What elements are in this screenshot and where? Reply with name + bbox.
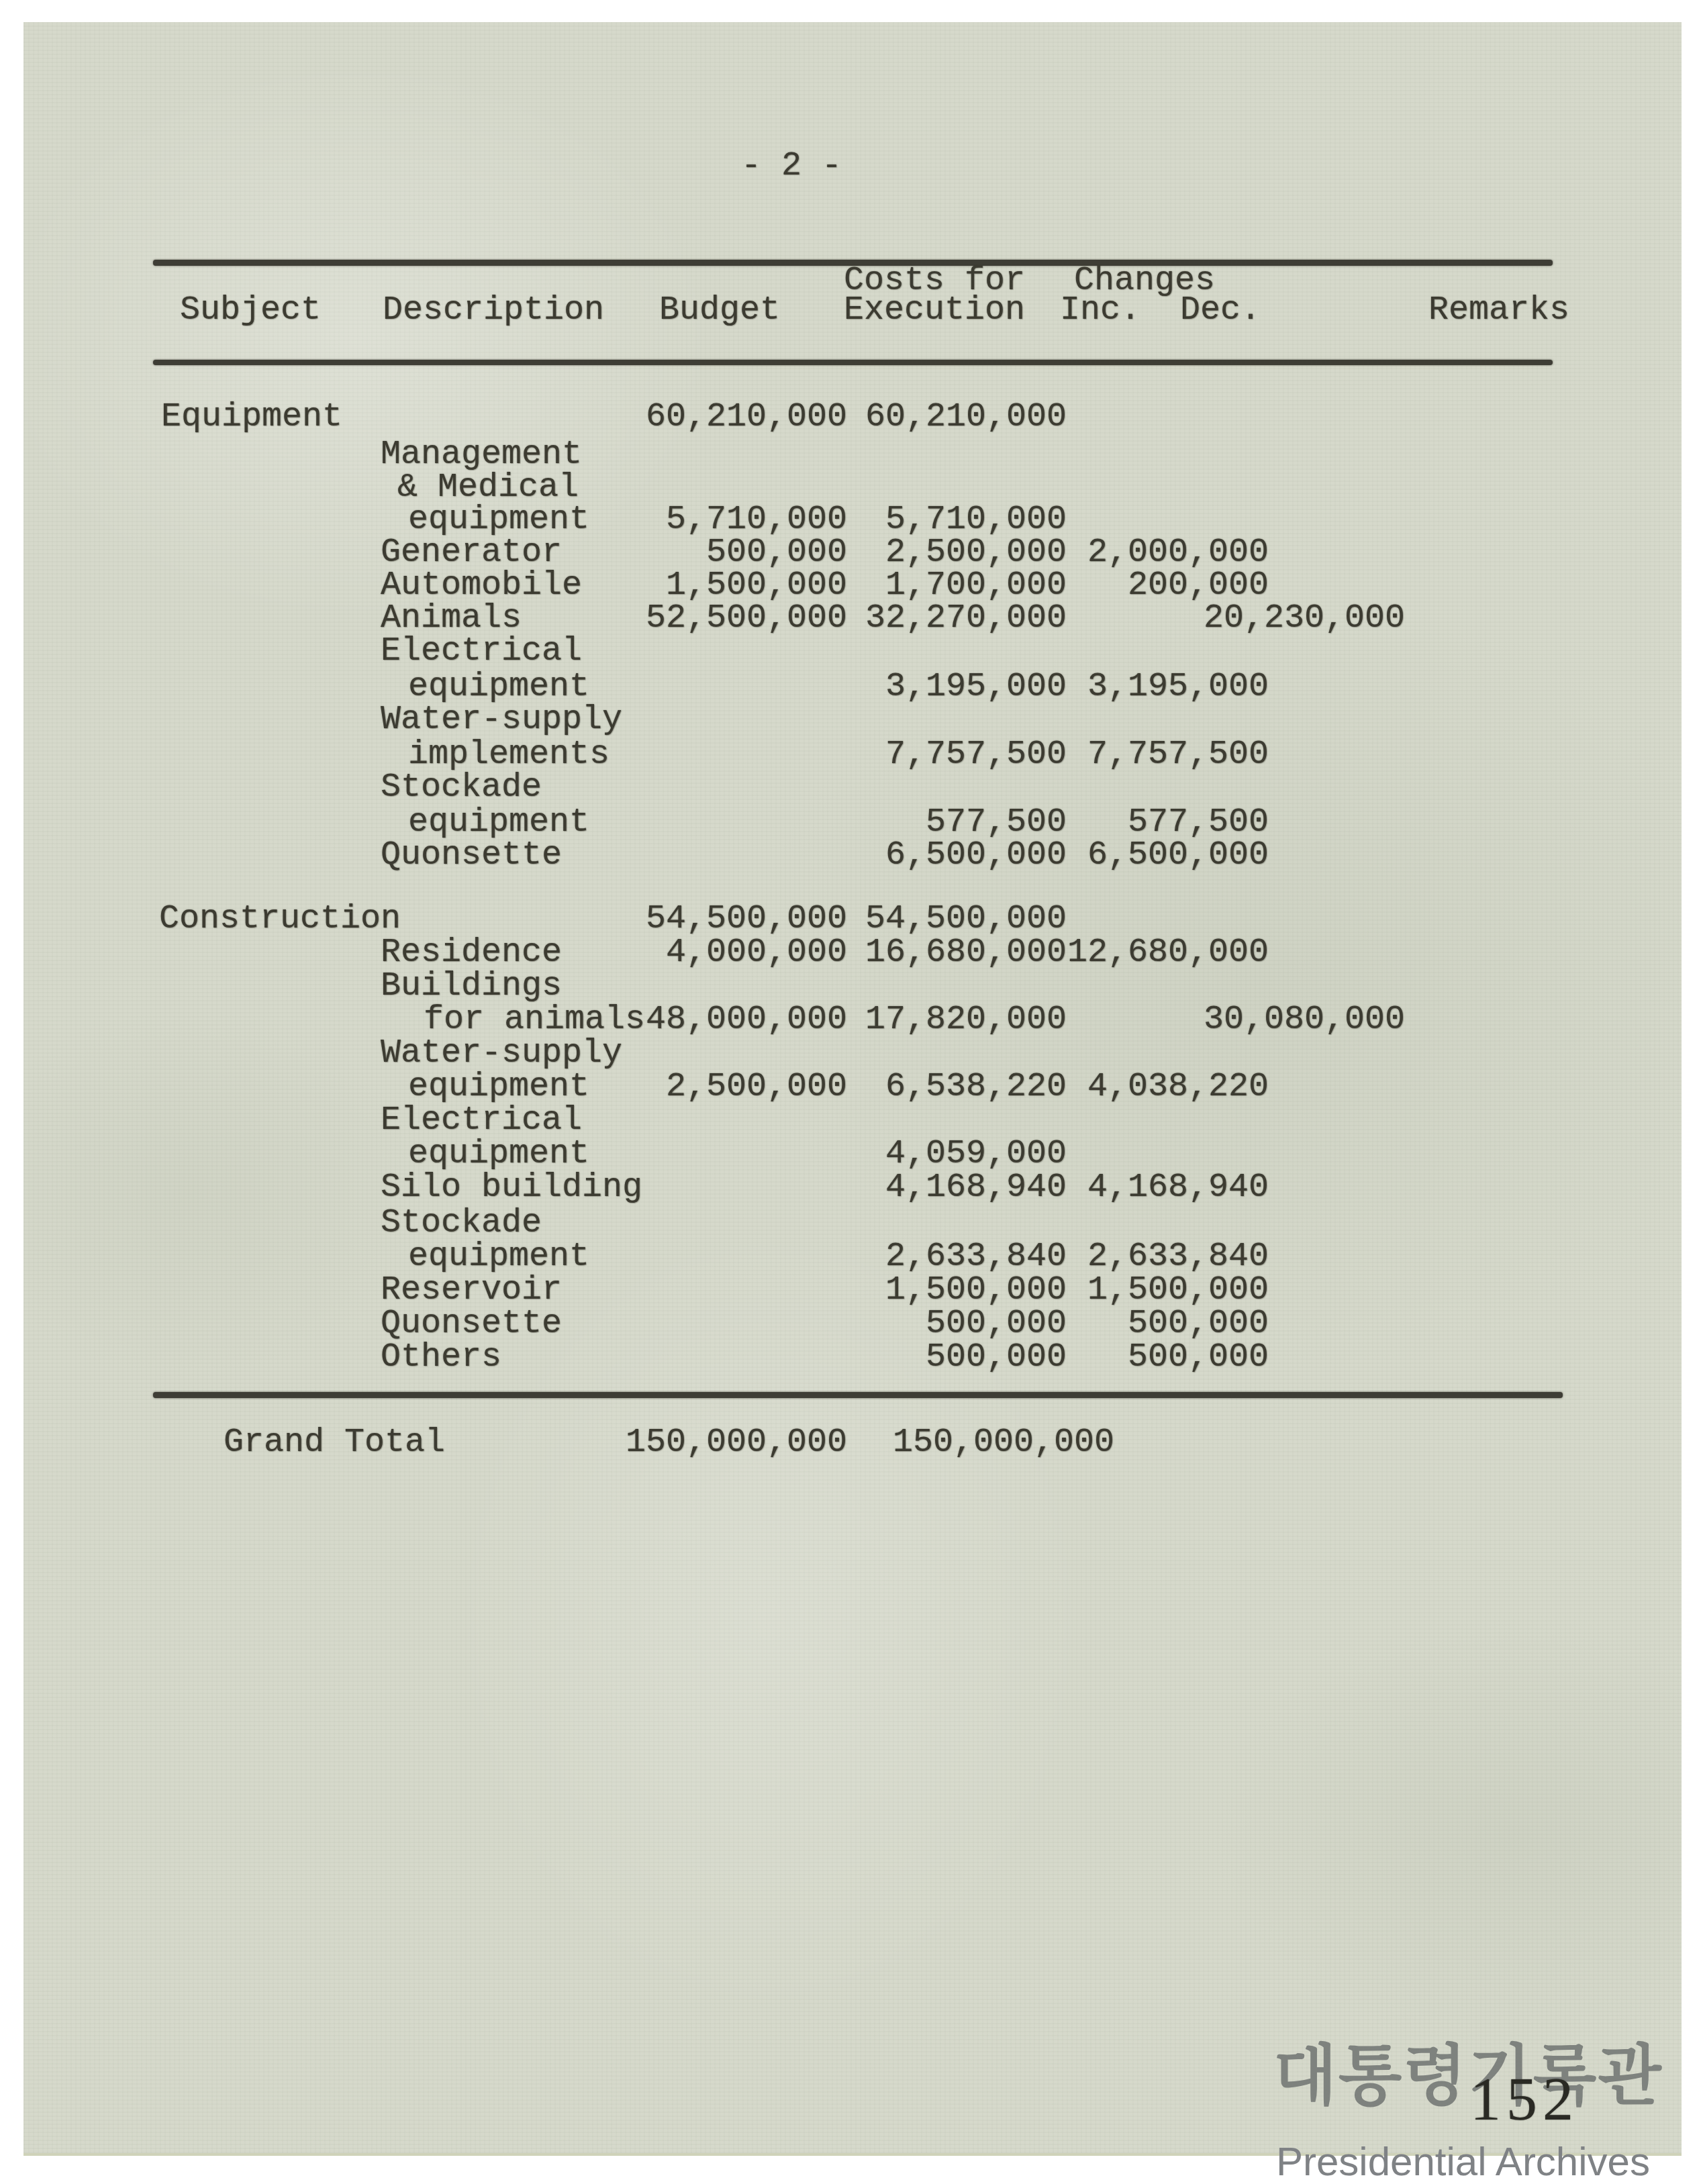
- cell-execution: 1,700,000: [885, 569, 1067, 603]
- cell-dec: 20,230,000: [1204, 602, 1405, 636]
- row-label: equipment: [408, 1071, 589, 1104]
- row-label: Automobile: [381, 569, 582, 603]
- row-label: equipment: [408, 1240, 589, 1274]
- header-remarks: Remarks: [1428, 294, 1569, 328]
- cell-inc: 6,500,000: [1087, 839, 1269, 873]
- cell-execution: 1,500,000: [885, 1274, 1067, 1307]
- cell-budget: 1,500,000: [666, 569, 847, 603]
- cell-inc: 3,195,000: [1087, 671, 1269, 704]
- cell-inc: 500,000: [1128, 1307, 1269, 1341]
- cell-execution: 17,820,000: [865, 1003, 1067, 1037]
- row-label: Grand Total: [224, 1426, 445, 1460]
- cell-inc: 4,168,940: [1087, 1171, 1269, 1205]
- cell-inc: 200,000: [1128, 569, 1269, 603]
- cell-budget: 4,000,000: [666, 936, 847, 970]
- cell-execution: 16,680,000: [865, 936, 1067, 970]
- row-label: Construction: [159, 903, 401, 936]
- cell-execution: 2,633,840: [885, 1240, 1067, 1274]
- row-label: Others: [381, 1341, 501, 1375]
- table-header-rule: [153, 360, 1553, 365]
- row-label: Electrical: [381, 635, 582, 668]
- cell-execution: 500,000: [926, 1341, 1067, 1375]
- cell-inc: 2,633,840: [1087, 1240, 1269, 1274]
- cell-inc: 577,500: [1128, 806, 1269, 840]
- cell-inc: 4,038,220: [1087, 1071, 1269, 1104]
- page-stamp-number: 152: [1470, 2068, 1579, 2130]
- cell-execution_total: 150,000,000: [893, 1426, 1114, 1460]
- header-execution: Execution: [844, 294, 1025, 328]
- header-subject: Subject: [180, 294, 321, 328]
- row-label: Stockade: [381, 771, 542, 805]
- header-description: Description: [383, 294, 604, 328]
- archives-watermark-english: Presidential Archives: [1276, 2142, 1650, 2182]
- row-label: Quonsette: [381, 1307, 562, 1341]
- cell-execution: 6,500,000: [885, 839, 1067, 873]
- header-budget: Budget: [659, 294, 780, 328]
- cell-inc: 500,000: [1128, 1341, 1269, 1375]
- row-label: Water-supply: [381, 703, 622, 737]
- row-label: Electrical: [381, 1104, 582, 1138]
- row-label: & Medical: [397, 471, 579, 505]
- cell-execution: 4,168,940: [885, 1171, 1067, 1205]
- cell-execution: 2,500,000: [885, 536, 1067, 570]
- cell-budget: 60,210,000: [646, 401, 847, 434]
- cell-budget: 54,500,000: [646, 903, 847, 936]
- cell-budget: 150,000,000: [626, 1426, 847, 1460]
- cell-execution: 4,059,000: [885, 1138, 1067, 1171]
- cell-execution: 500,000: [926, 1307, 1067, 1341]
- header-dec: Dec.: [1180, 294, 1261, 328]
- row-label: implements: [408, 738, 610, 772]
- cell-inc: 1,500,000: [1087, 1274, 1269, 1307]
- table-bottom-rule: [153, 1392, 1563, 1398]
- row-label: Quonsette: [381, 839, 562, 873]
- cell-budget: 5,710,000: [666, 503, 847, 537]
- cell-execution: 7,757,500: [885, 738, 1067, 772]
- paper-sheet: - 2 - Costs for Changes Subject Descript…: [23, 22, 1682, 2156]
- cell-budget: 500,000: [706, 536, 847, 570]
- row-label: for animals: [424, 1003, 645, 1037]
- scanned-document-page: { "page": { "number_label": "- 2 -" }, "…: [0, 0, 1701, 2184]
- cell-budget: 48,000,000: [646, 1003, 847, 1037]
- cell-execution: 32,270,000: [865, 602, 1067, 636]
- header-inc: Inc.: [1060, 294, 1140, 328]
- row-label: Management: [381, 438, 582, 472]
- cell-execution: 54,500,000: [865, 903, 1067, 936]
- row-label: Reservoir: [381, 1274, 562, 1307]
- cell-budget: 52,500,000: [646, 602, 847, 636]
- cell-execution: 5,710,000: [885, 503, 1067, 537]
- cell-execution: 60,210,000: [865, 401, 1067, 434]
- row-label: equipment: [408, 671, 589, 704]
- row-label: Buildings: [381, 970, 562, 1003]
- cell-execution: 577,500: [926, 806, 1067, 840]
- row-label: Water-supply: [381, 1037, 622, 1071]
- row-label: equipment: [408, 806, 589, 840]
- cell-execution: 6,538,220: [885, 1071, 1067, 1104]
- row-label: Silo building: [381, 1171, 642, 1205]
- cell-dec: 30,080,000: [1204, 1003, 1405, 1037]
- cell-inc: 7,757,500: [1087, 738, 1269, 772]
- cell-inc: 2,000,000: [1087, 536, 1269, 570]
- row-label: Equipment: [161, 401, 342, 434]
- cell-inc: 12,680,000: [1067, 936, 1269, 970]
- cell-budget: 2,500,000: [666, 1071, 847, 1104]
- row-label: Stockade: [381, 1207, 542, 1240]
- row-label: equipment: [408, 503, 589, 537]
- cell-execution: 3,195,000: [885, 671, 1067, 704]
- row-label: Animals: [381, 602, 522, 636]
- page-number: - 2 -: [741, 150, 842, 183]
- row-label: Generator: [381, 536, 562, 570]
- row-label: Residence: [381, 936, 562, 970]
- row-label: equipment: [408, 1138, 589, 1171]
